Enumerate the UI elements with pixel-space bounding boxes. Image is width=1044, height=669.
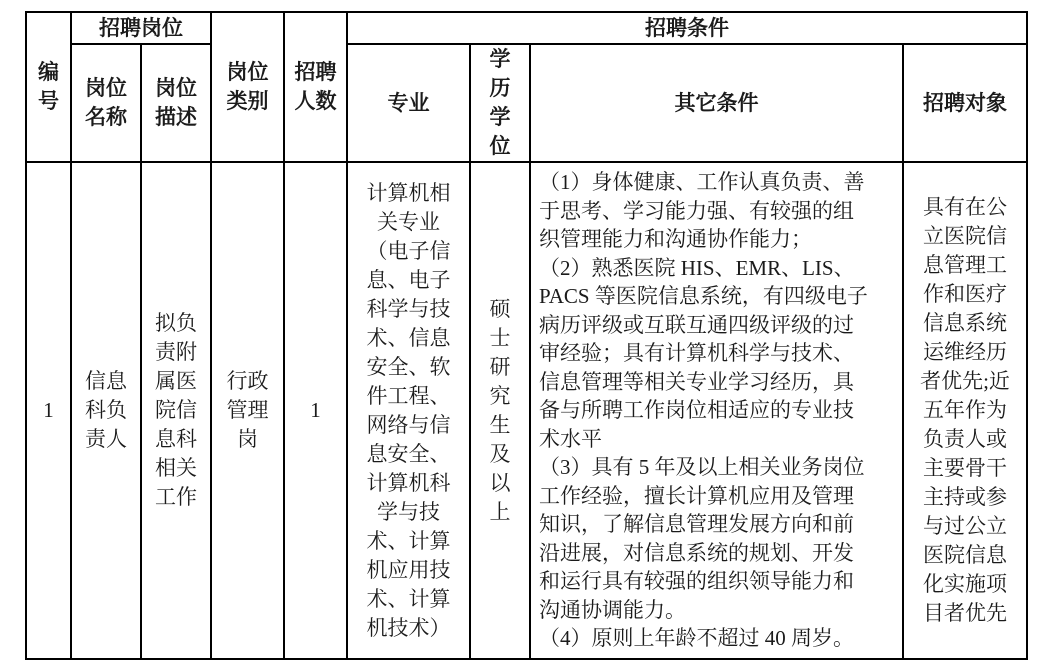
header-group-recruit-position-label: 招聘岗位 — [99, 16, 183, 40]
header-group-recruit-position: 招聘岗位 — [71, 12, 211, 44]
recruitment-sheet: 编号 招聘岗位 岗位类别 招聘人数 招聘条件 岗位名称 岗位描述 专业 — [0, 0, 1044, 660]
cell-position-name: 信息科负责人 — [71, 162, 141, 659]
header-row-groups: 编号 招聘岗位 岗位类别 招聘人数 招聘条件 — [26, 12, 1027, 44]
header-group-recruit-conditions: 招聘条件 — [347, 12, 1027, 44]
cell-position-desc-text: 拟负责附属医院信息科相关工作 — [154, 309, 198, 512]
cell-recruit-target-text: 具有在公立医院信息管理工作和医疗信息系统运维经历者优先;近五年作为负责人或主要骨… — [917, 193, 1013, 628]
other-condition-item-3: （3）具有 5 年及以上相关业务岗位工作经验，擅长计算机应用及管理知识，了解信息… — [539, 453, 874, 624]
cell-other-conditions-text: （1）身体健康、工作认真负责、善于思考、学习能力强、有较强的组织管理能力和沟通协… — [539, 168, 874, 653]
header-other-conditions-label: 其它条件 — [675, 91, 759, 115]
header-position-name-label: 岗位名称 — [84, 74, 128, 132]
header-recruit-target: 招聘对象 — [903, 44, 1027, 162]
header-recruit-target-label: 招聘对象 — [923, 91, 1007, 115]
cell-major: 计算机相关专业（电子信息、电子科学与技术、信息安全、软件工程、网络与信息安全、计… — [347, 162, 470, 659]
header-position-category-label: 岗位类别 — [226, 58, 270, 116]
header-row-subheads: 岗位名称 岗位描述 专业 学历学位 其它条件 招聘对象 — [26, 44, 1027, 162]
cell-headcount: 1 — [284, 162, 347, 659]
other-condition-item-2: （2）熟悉医院 HIS、EMR、LIS、PACS 等医院信息系统，有四级电子病历… — [539, 254, 874, 454]
cell-degree: 硕士研究生及以上 — [470, 162, 530, 659]
header-position-desc-label: 岗位描述 — [154, 74, 198, 132]
header-serial-number-label: 编号 — [38, 58, 60, 116]
table-row: 1 信息科负责人 拟负责附属医院信息科相关工作 行政管理岗 1 计算机相关专业（… — [26, 162, 1027, 659]
cell-position-category: 行政管理岗 — [211, 162, 284, 659]
header-group-recruit-conditions-label: 招聘条件 — [645, 16, 729, 40]
cell-position-desc: 拟负责附属医院信息科相关工作 — [141, 162, 211, 659]
other-condition-item-4: （4）原则上年龄不超过 40 周岁。 — [539, 624, 874, 653]
header-degree: 学历学位 — [470, 44, 530, 162]
header-major-label: 专业 — [388, 91, 430, 115]
header-headcount: 招聘人数 — [284, 12, 347, 162]
header-major: 专业 — [347, 44, 470, 162]
header-other-conditions: 其它条件 — [530, 44, 903, 162]
header-position-desc: 岗位描述 — [141, 44, 211, 162]
cell-recruit-target: 具有在公立医院信息管理工作和医疗信息系统运维经历者优先;近五年作为负责人或主要骨… — [903, 162, 1027, 659]
header-serial-number: 编号 — [26, 12, 71, 162]
cell-serial-number: 1 — [26, 162, 71, 659]
cell-position-name-text: 信息科负责人 — [84, 367, 128, 454]
other-condition-item-1: （1）身体健康、工作认真负责、善于思考、学习能力强、有较强的组织管理能力和沟通协… — [539, 168, 874, 254]
cell-position-category-text: 行政管理岗 — [226, 367, 270, 454]
cell-degree-text: 硕士研究生及以上 — [489, 295, 511, 527]
header-position-category: 岗位类别 — [211, 12, 284, 162]
header-degree-label: 学历学位 — [489, 45, 511, 161]
cell-other-conditions: （1）身体健康、工作认真负责、善于思考、学习能力强、有较强的组织管理能力和沟通协… — [530, 162, 903, 659]
recruitment-table: 编号 招聘岗位 岗位类别 招聘人数 招聘条件 岗位名称 岗位描述 专业 — [25, 11, 1028, 660]
header-headcount-label: 招聘人数 — [294, 58, 338, 116]
header-position-name: 岗位名称 — [71, 44, 141, 162]
cell-major-text: 计算机相关专业（电子信息、电子科学与技术、信息安全、软件工程、网络与信息安全、计… — [365, 179, 453, 643]
